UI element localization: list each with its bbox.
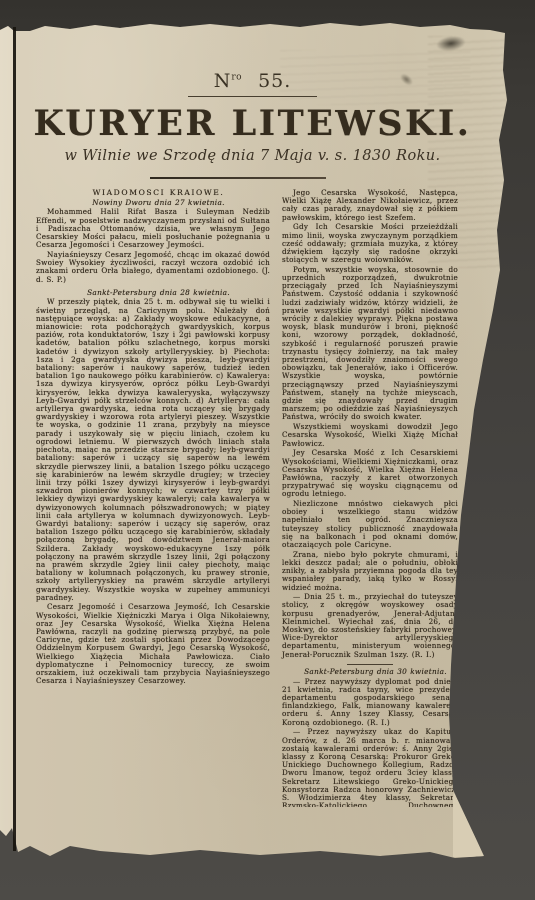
news-paragraph: Gdy Ich Cesarskie Mości przeieżdżali mim…: [282, 223, 458, 264]
news-paragraph: Niezliczone mnóstwo ciekawych płci oboie…: [282, 500, 458, 549]
right-column: Jego Cesarska Wysokość, Następca, Wielki…: [282, 189, 458, 807]
masthead: Nro55. KURYER LITEWSKI. w Wilnie we Srzo…: [0, 0, 505, 164]
news-paragraph: — Przez naywyższy dyplomat pod dniem 21 …: [282, 678, 458, 727]
news-paragraph: Zrana, niebo było pokryte chmurami, i le…: [282, 551, 458, 592]
article-dateline: Sankt-Petersburg dnia 28 kwietnia.: [36, 289, 270, 297]
masthead-rule: [150, 177, 326, 179]
issue-number: Nro55.: [188, 70, 318, 97]
newspaper-title: KURYER LITEWSKI.: [0, 103, 505, 144]
news-paragraph: Nayiaśnieyszy Cesarz Jegomość, chcąc im …: [36, 251, 270, 284]
news-paragraph: Cesarz Jegomość i Cesarzowa Jeymość, Ich…: [36, 603, 270, 685]
section-divider-rule: [347, 664, 393, 665]
page-corner-fold: [453, 784, 484, 857]
news-paragraph: Jey Cesarska Mość z Ich Cesarskiemi Wyso…: [282, 449, 458, 498]
news-paragraph: W przeszły piątek, dnia 25 t. m. odbywał…: [36, 298, 270, 602]
news-paragraph: Jego Cesarska Wysokość, Następca, Wielki…: [282, 189, 458, 222]
left-column: Wiadomości Kraiowe. Nowiny Dworu dnia 27…: [36, 189, 270, 807]
news-paragraph: — Przez naywyższy ukaz do Kapituły Order…: [282, 728, 458, 807]
news-paragraph: — Dnia 25 t. m., przyiechał do tuteyszey…: [282, 593, 458, 659]
scan-background: { "colors": { "paper": "#ccc1a9", "scan_…: [0, 0, 535, 900]
masthead-dateline: w Wilnie we Srzodę dnia 7 Maja v. s. 183…: [0, 148, 505, 164]
newspaper-page: Nro55. KURYER LITEWSKI. w Wilnie we Srzo…: [0, 0, 535, 900]
binding-crease-line: [13, 27, 16, 851]
article-dateline: Nowiny Dworu dnia 27 kwietnia.: [36, 199, 270, 207]
issue-superscript: ro: [231, 73, 242, 83]
issue-prefix: N: [214, 70, 232, 92]
article-body: Wiadomości Kraiowe. Nowiny Dworu dnia 27…: [36, 189, 460, 807]
news-paragraph: Mohammed Halil Rifat Basza i Suleyman Ne…: [36, 208, 270, 249]
section-header: Wiadomości Kraiowe.: [36, 189, 270, 197]
news-paragraph: Wszystkiemi woyskami dowodził Jego Cesar…: [282, 423, 458, 448]
article-dateline: Sankt-Petersburg dnia 30 kwietnia.: [282, 668, 458, 676]
news-paragraph: Potym, wszystkie woyska, stosownie do up…: [282, 266, 458, 422]
issue-value: 55.: [258, 70, 291, 92]
